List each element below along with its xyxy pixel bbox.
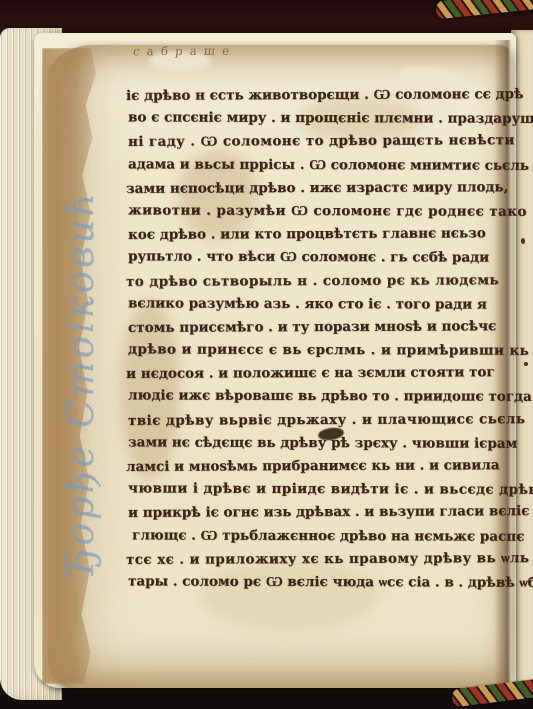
manuscript-line: тсє хє . и приложиху хє кь правому дрѣву… [126,547,510,572]
manuscript-line: іє дрѣво н єсть животворєщи . Ѡ соломонє… [126,83,510,108]
manuscript-line: рупьтло . что вѣси Ѡ соломонє . гь сєбѣ … [128,246,510,271]
manuscript-line: вєлико разумѣю азь . яко сто іє . того р… [128,292,510,317]
ink-speck [521,238,525,244]
manuscript-photo: сабраше Ђорђе Стоіковић іє дрѣво н єсть … [0,0,533,709]
manuscript-line: твіє дрѣву вьрвіє дрьжаху . и плачющисє … [128,408,510,433]
manuscript-line: во є спсєніє миру . и прощєніє плємни . … [128,107,510,132]
manuscript-line: адама и вьсы пррісы . Ѡ соломонє мнимтиє… [128,153,510,178]
manuscript-line: чювши і дрѣвє и пріидє видѣти іє . и вьс… [128,478,510,503]
manuscript-line: и нєдосоя . и положишє є на зємли стояти… [126,361,510,386]
manuscript-line: тары . соломо рє Ѡ вєліє чюда ѡсє сіа . … [128,570,510,595]
manuscript-line: дрѣво и принєсє є вь єрслмь . и примѣрив… [128,338,510,363]
manuscript-line: и прикрѣ іє огнє изь дрѣвах . и вьзупи г… [128,501,510,526]
manuscript-line: ламсі и мноѕѣмь прибранимєє кь ни . и си… [126,454,510,479]
manuscript-line: то дрѣво сьтворыль н . соломо рє кь людє… [126,269,510,294]
margin-pencil-inscription: Ђорђе Стоіковић [56,116,106,578]
manuscript-line: людіє ижє вѣровашє вь дрѣво то . приидош… [128,385,510,410]
manuscript-line: зами нєпосѣци дрѣво . ижє израстє миру п… [126,176,510,201]
running-header: сабраше [132,44,237,59]
manuscript-line: ні гаду . Ѡ соломонє то дрѣво ращєть нєв… [128,130,510,155]
ink-speck [524,362,528,366]
manuscript-line: животни . разумѣи Ѡ соломонє гдє роднєє … [128,199,510,224]
manuscript-line: стомь присємѣго . и ту порази мноѕѣ и по… [128,315,510,340]
text-block: іє дрѣво н єсть животворєщи . Ѡ соломонє… [128,84,510,594]
manuscript-line: коє дрѣво . или кто процвѣтєть главнє нє… [128,222,510,247]
manuscript-line: глющє . Ѡ трьблажєнноє дрѣво на нємьжє р… [132,524,510,549]
